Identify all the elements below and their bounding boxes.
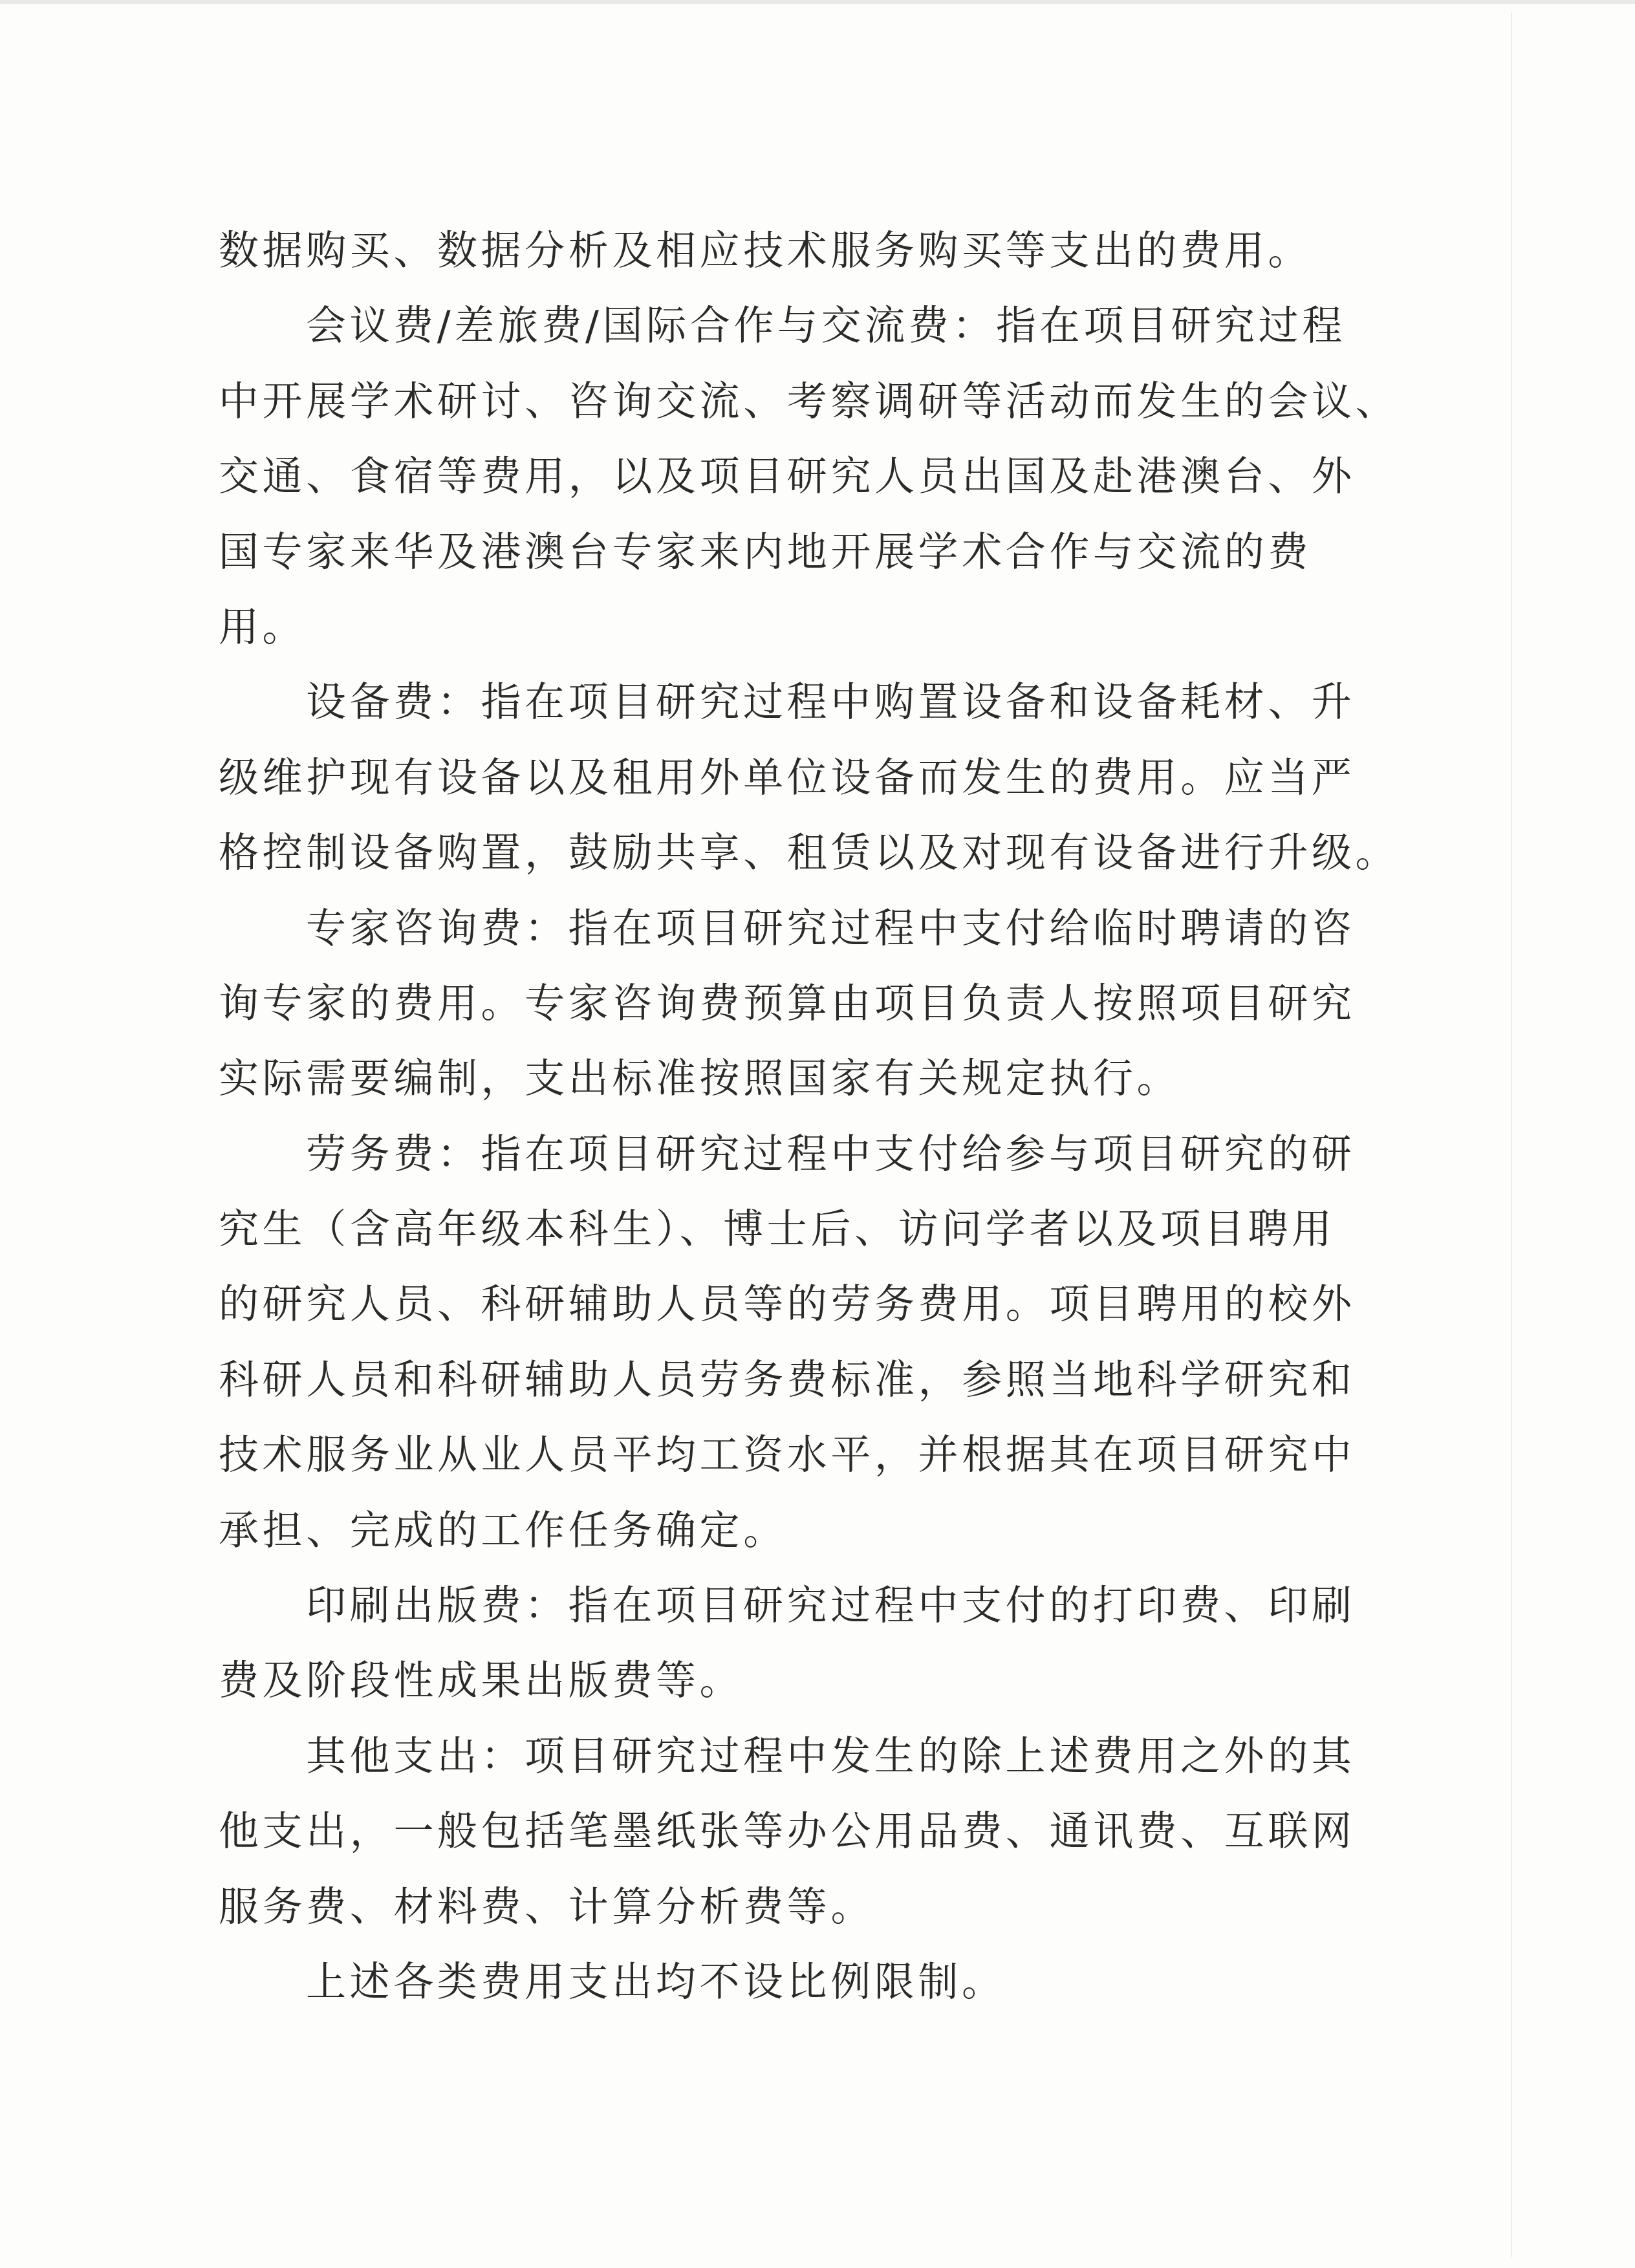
text-line: 科研人员和科研辅助人员劳务费标准，参照当地科学研究和 <box>219 1343 1337 1418</box>
text-line: 实际需要编制，支出标准按照国家有关规定执行。 <box>219 1041 1337 1116</box>
paragraph-printing-publishing-fees: 印刷出版费：指在项目研究过程中支付的打印费、印刷 费及阶段性成果出版费等。 <box>219 1568 1337 1719</box>
paragraph-continuation: 数据购买、数据分析及相应技术服务购买等支出的费用。 <box>219 213 1337 288</box>
text-line: 会议费/差旅费/国际合作与交流费：指在项目研究过程 <box>219 288 1337 363</box>
text-line: 专家咨询费：指在项目研究过程中支付给临时聘请的咨 <box>219 891 1337 966</box>
text-line: 用。 <box>219 590 1337 665</box>
text-line: 费及阶段性成果出版费等。 <box>219 1643 1337 1718</box>
text-line: 级维护现有设备以及租用外单位设备而发生的费用。应当严 <box>219 740 1337 815</box>
scan-top-edge <box>0 0 1635 4</box>
text-line: 交通、食宿等费用，以及项目研究人员出国及赴港澳台、外 <box>219 439 1337 514</box>
text-line: 数据购买、数据分析及相应技术服务购买等支出的费用。 <box>219 213 1337 288</box>
text-line: 国专家来华及港澳台专家来内地开展学术合作与交流的费 <box>219 515 1337 590</box>
document-body: 数据购买、数据分析及相应技术服务购买等支出的费用。 会议费/差旅费/国际合作与交… <box>219 213 1337 2020</box>
paragraph-equipment-fees: 设备费：指在项目研究过程中购置设备和设备耗材、升 级维护现有设备以及租用外单位设… <box>219 665 1337 891</box>
text-line: 他支出，一般包括笔墨纸张等办公用品费、通讯费、互联网 <box>219 1794 1337 1869</box>
text-line: 的研究人员、科研辅助人员等的劳务费用。项目聘用的校外 <box>219 1267 1337 1342</box>
text-line: 究生（含高年级本科生）、博士后、访问学者以及项目聘用 <box>219 1192 1337 1267</box>
text-line: 其他支出：项目研究过程中发生的除上述费用之外的其 <box>219 1719 1337 1794</box>
text-line: 中开展学术研讨、咨询交流、考察调研等活动而发生的会议、 <box>219 364 1337 439</box>
text-line: 设备费：指在项目研究过程中购置设备和设备耗材、升 <box>219 665 1337 740</box>
paragraph-no-ratio-limit: 上述各类费用支出均不设比例限制。 <box>219 1945 1337 2020</box>
paragraph-meeting-travel-intl-fees: 会议费/差旅费/国际合作与交流费：指在项目研究过程 中开展学术研讨、咨询交流、考… <box>219 288 1337 665</box>
text-line: 格控制设备购置，鼓励共享、租赁以及对现有设备进行升级。 <box>219 815 1337 891</box>
text-line: 印刷出版费：指在项目研究过程中支付的打印费、印刷 <box>219 1568 1337 1643</box>
scanned-page: 数据购买、数据分析及相应技术服务购买等支出的费用。 会议费/差旅费/国际合作与交… <box>0 0 1635 2268</box>
paragraph-labor-fees: 劳务费：指在项目研究过程中支付给参与项目研究的研 究生（含高年级本科生）、博士后… <box>219 1117 1337 1568</box>
text-line: 承担、完成的工作任务确定。 <box>219 1493 1337 1568</box>
paragraph-expert-consulting-fees: 专家咨询费：指在项目研究过程中支付给临时聘请的咨 询专家的费用。专家咨询费预算由… <box>219 891 1337 1117</box>
text-line: 询专家的费用。专家咨询费预算由项目负责人按照项目研究 <box>219 966 1337 1041</box>
text-line: 技术服务业从业人员平均工资水平，并根据其在项目研究中 <box>219 1418 1337 1493</box>
text-line: 上述各类费用支出均不设比例限制。 <box>219 1945 1337 2020</box>
text-line: 服务费、材料费、计算分析费等。 <box>219 1870 1337 1945</box>
text-line: 劳务费：指在项目研究过程中支付给参与项目研究的研 <box>219 1117 1337 1192</box>
paragraph-other-expenses: 其他支出：项目研究过程中发生的除上述费用之外的其 他支出，一般包括笔墨纸张等办公… <box>219 1719 1337 1945</box>
scan-right-edge <box>1511 13 1512 2257</box>
